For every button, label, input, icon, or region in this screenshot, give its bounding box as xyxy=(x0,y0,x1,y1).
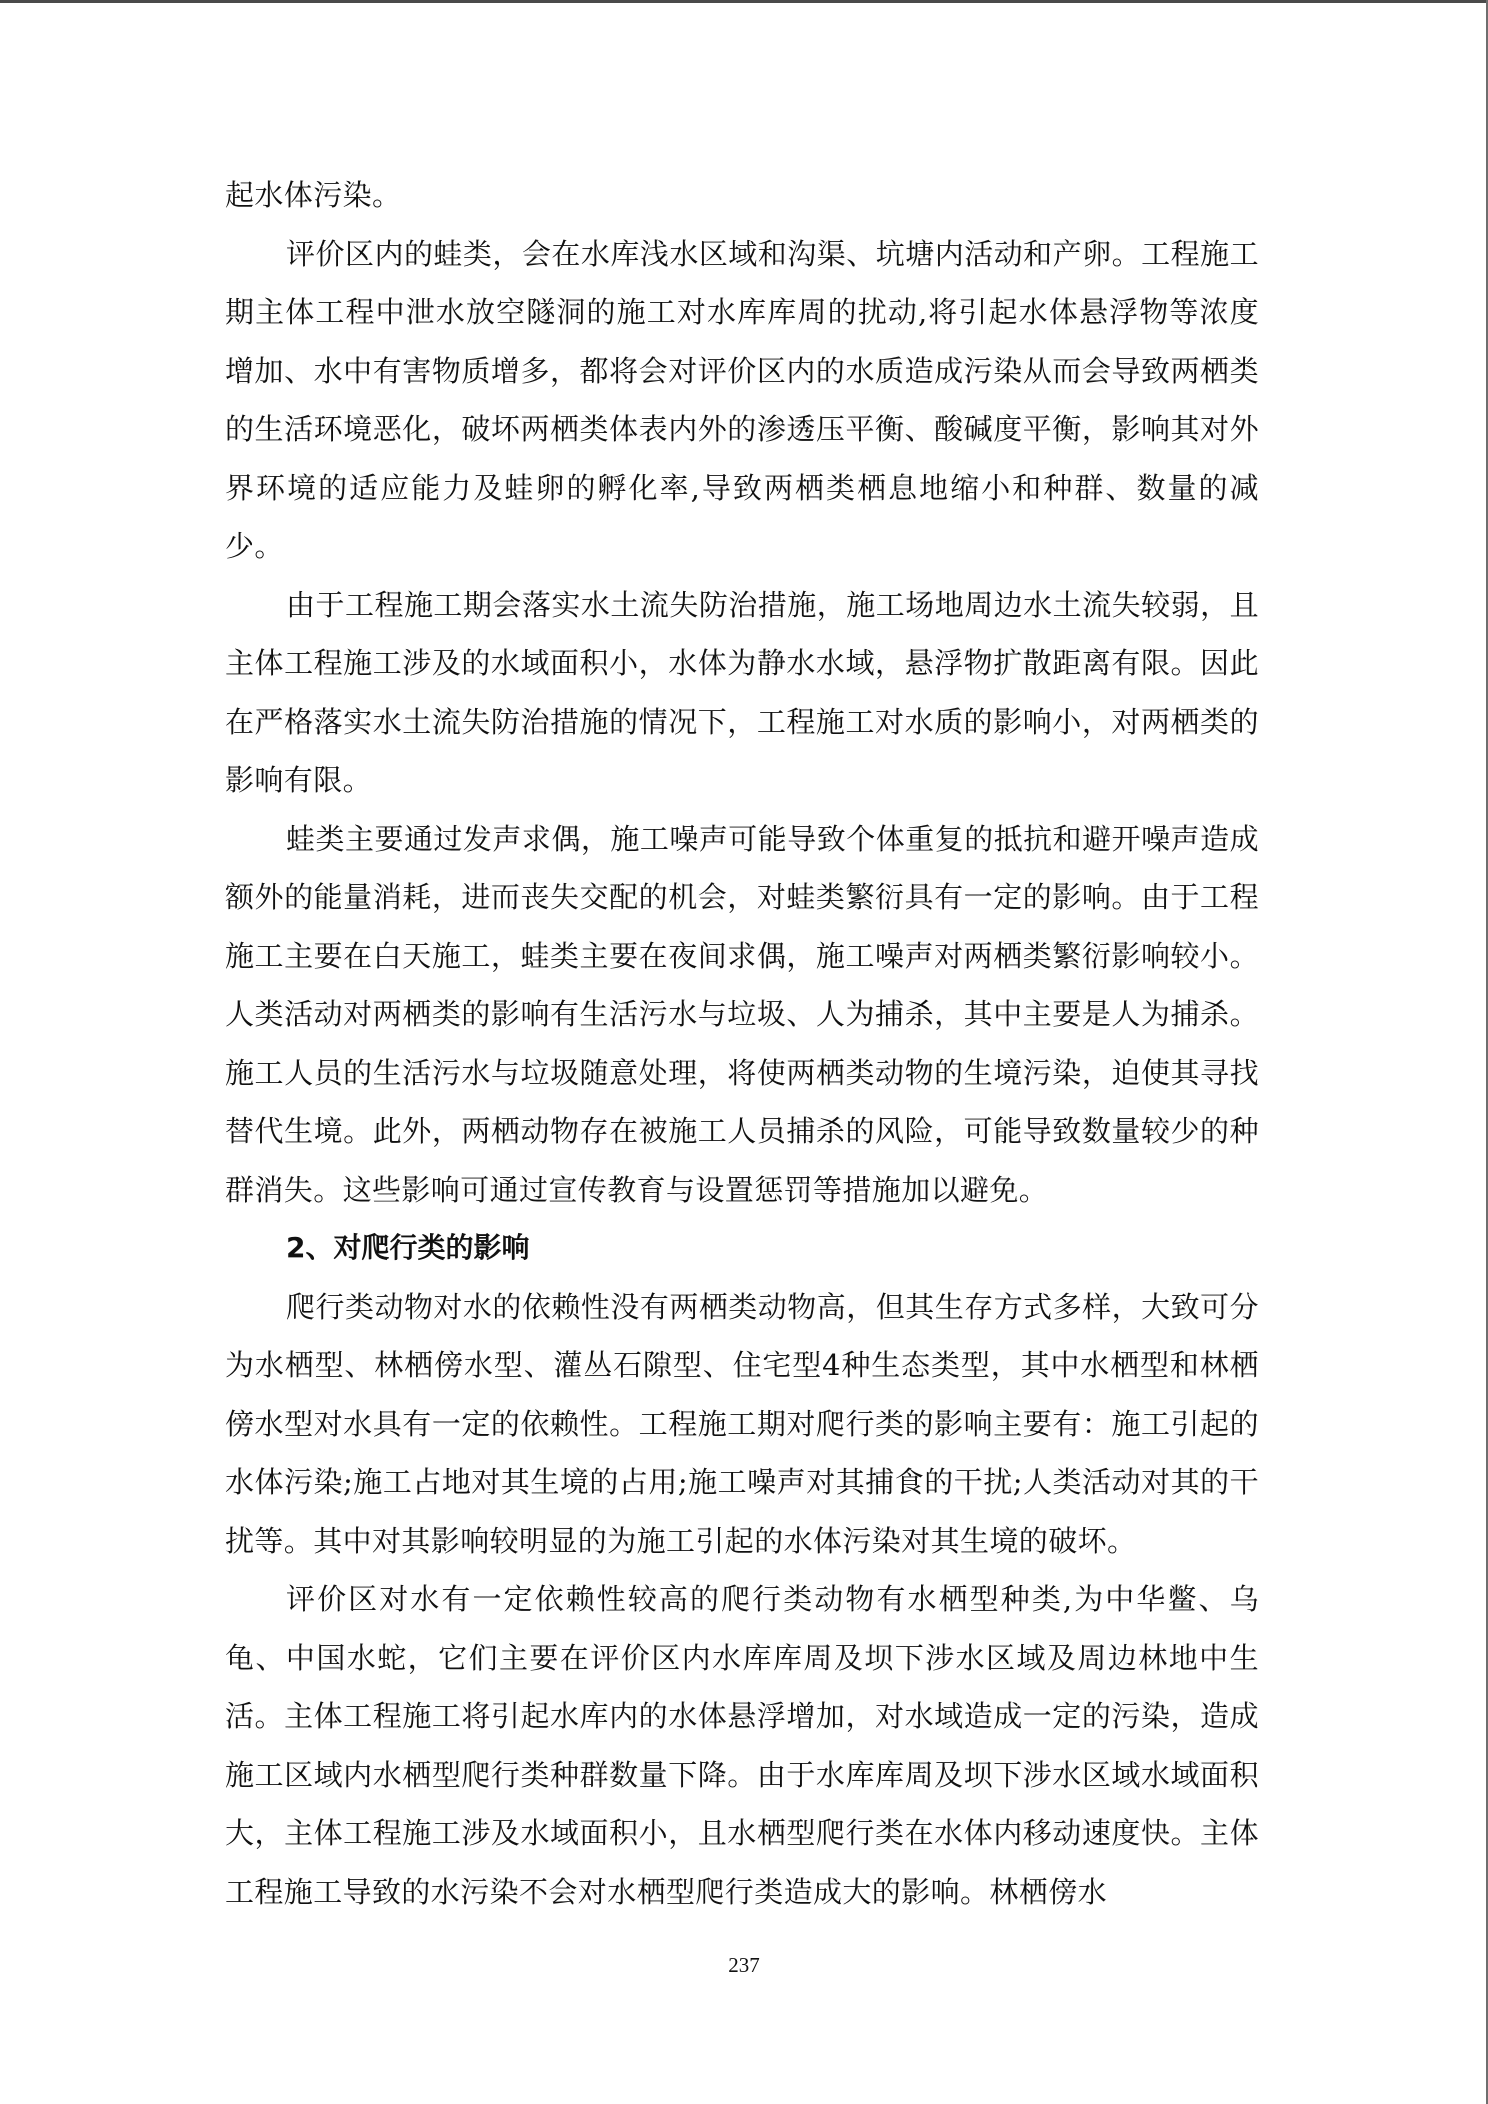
paragraph-aquatic-reptiles: 评价区对水有一定依赖性较高的爬行类动物有水栖型种类,为中华鳖、乌龟、中国水蛇，它… xyxy=(225,1570,1259,1921)
page-border-top xyxy=(0,0,1488,3)
section-heading-reptiles: 2、对爬行类的影响 xyxy=(225,1219,1259,1278)
paragraph-continuation: 起水体污染。 xyxy=(225,166,1259,225)
page-body: 起水体污染。 评价区内的蛙类，会在水库浅水区域和沟渠、坑塘内活动和产卵。工程施工… xyxy=(225,166,1259,1921)
paragraph-reptile-ecotypes: 爬行类动物对水的依赖性没有两栖类动物高，但其生存方式多样，大致可分为水栖型、林栖… xyxy=(225,1278,1259,1571)
paragraph-noise-and-human-activity: 蛙类主要通过发声求偶，施工噪声可能导致个体重复的抵抗和避开噪声造成额外的能量消耗… xyxy=(225,810,1259,1220)
page-number: 237 xyxy=(0,1953,1488,1978)
paragraph-amphibian-water-pollution: 评价区内的蛙类，会在水库浅水区域和沟渠、坑塘内活动和产卵。工程施工期主体工程中泄… xyxy=(225,225,1259,576)
paragraph-soil-erosion-measures: 由于工程施工期会落实水土流失防治措施，施工场地周边水土流失较弱，且主体工程施工涉… xyxy=(225,576,1259,810)
